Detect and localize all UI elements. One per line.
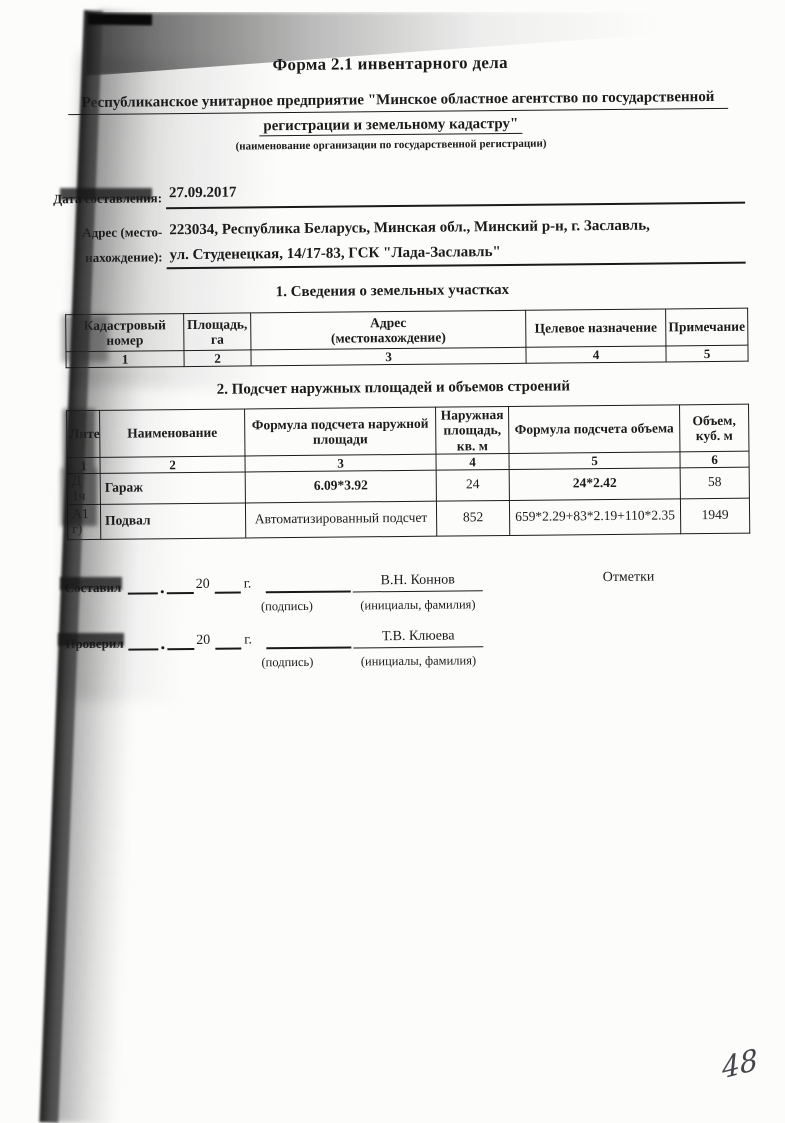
ruled-line-date	[166, 202, 745, 210]
address-value-line1: 223034, Республика Беларусь, Минская обл…	[169, 218, 650, 240]
blank-line	[215, 648, 241, 650]
header-volume-formula: Формула подсчета объема	[509, 405, 680, 454]
cell-liter: Д 1ч	[67, 473, 100, 504]
date-label: Дата составления:	[52, 190, 162, 207]
header-note: Примечание	[666, 308, 748, 346]
header-name: Наименование	[100, 409, 245, 457]
land-parcels-table: Кадастровый номер Площадь, га Адрес (мес…	[65, 308, 748, 369]
address-label-line1: Адрес (место-	[52, 224, 162, 241]
cell-liter: А1 г)	[67, 504, 100, 539]
signature-caption: (подпись)	[261, 655, 313, 670]
signature-caption: (подпись)	[261, 599, 313, 614]
address-value-line2: ул. Студенецкая, 14/17-83, ГСК "Лада-Зас…	[169, 244, 500, 264]
cell-area-formula: 6.09*3.92	[245, 470, 436, 503]
header-liter: Литер	[67, 410, 100, 457]
header-cadastral-number: Кадастровый номер	[66, 314, 184, 352]
scanned-form-page: Форма 2.1 инвентарного дела Республиканс…	[0, 0, 785, 1123]
organization-name-line2: регистрации и земельному кадастру"	[0, 112, 783, 138]
table-row-basement: А1 г) Подвал Автоматизированный подсчет …	[67, 498, 749, 540]
date-value: 27.09.2017	[169, 185, 237, 203]
cell-volume-formula: 24*2.42	[509, 468, 680, 500]
col-num: 5	[666, 345, 748, 362]
cell-volume-formula: 659*2.29+83*2.19+110*2.35	[509, 499, 680, 536]
table-header-row: Литер Наименование Формула подсчета нару…	[67, 404, 749, 458]
col-num: 4	[436, 453, 509, 470]
organization-caption: (наименование организации по государстве…	[0, 135, 784, 155]
cell-volume: 58	[680, 467, 749, 498]
cell-area-formula: Автоматизированный подсчет	[245, 501, 436, 538]
cell-name: Подвал	[100, 503, 245, 539]
signer-name: В.Н. Коннов	[353, 572, 483, 592]
blank-line	[128, 592, 158, 594]
compiled-by-label: Составил	[65, 580, 122, 597]
year-prefix: 20	[196, 577, 210, 593]
col-num: 1	[67, 457, 100, 473]
col-num: 1	[66, 351, 184, 368]
header-volume: Объем, куб. м	[680, 404, 749, 452]
header-outer-area: Наружная площадь, кв. м	[436, 406, 509, 454]
col-num: 5	[509, 452, 680, 470]
blank-line	[167, 648, 194, 650]
section2-title: 2. Подсчет наружных площадей и объемов с…	[1, 376, 785, 401]
header-area-formula: Формула подсчета наружной площади	[245, 407, 436, 456]
areas-volumes-table: Литер Наименование Формула подсчета нару…	[66, 404, 750, 540]
address-label-line2: нахождение):	[53, 249, 163, 266]
cell-area: 24	[436, 469, 509, 500]
year-suffix: г.	[244, 632, 252, 648]
organization-name-line2-text: регистрации и земельному кадастру"	[259, 116, 522, 137]
dot-separator	[161, 646, 164, 649]
initials-caption: (инициалы, фамилия)	[353, 653, 483, 669]
header-address: Адрес (местонахождение)	[251, 310, 526, 350]
col-num: 3	[251, 347, 526, 366]
col-num: 6	[680, 451, 749, 468]
checked-by-label: Проверил	[65, 636, 123, 653]
handwritten-page-number: 48	[721, 1042, 759, 1086]
form-title: Форма 2.1 инвентарного дела	[0, 50, 783, 78]
organization-name-line1: Республиканское унитарное предприятие "М…	[68, 89, 728, 115]
initials-caption: (инициалы, фамилия)	[353, 597, 483, 613]
signature-line	[266, 646, 351, 648]
dot-separator	[161, 590, 164, 593]
col-num: 2	[100, 456, 245, 473]
cell-volume: 1949	[680, 498, 749, 534]
col-num: 4	[526, 346, 666, 363]
col-num: 3	[245, 454, 436, 472]
col-num: 2	[184, 350, 251, 367]
blank-line	[128, 648, 158, 650]
year-prefix: 20	[196, 633, 210, 649]
cell-area: 852	[436, 500, 509, 536]
signature-line	[266, 590, 351, 592]
header-purpose: Целевое назначение	[526, 309, 666, 347]
signer-name: Т.В. Клюева	[353, 628, 483, 648]
year-suffix: г.	[244, 576, 252, 592]
header-area-ha: Площадь, га	[184, 313, 251, 351]
blank-line	[167, 592, 194, 594]
blank-line	[215, 592, 241, 594]
cell-name: Гараж	[100, 472, 245, 504]
marks-label: Отметки	[603, 570, 655, 586]
section1-title: 1. Сведения о земельных участках	[0, 279, 785, 304]
document-content: Форма 2.1 инвентарного дела Республиканс…	[0, 0, 785, 1123]
